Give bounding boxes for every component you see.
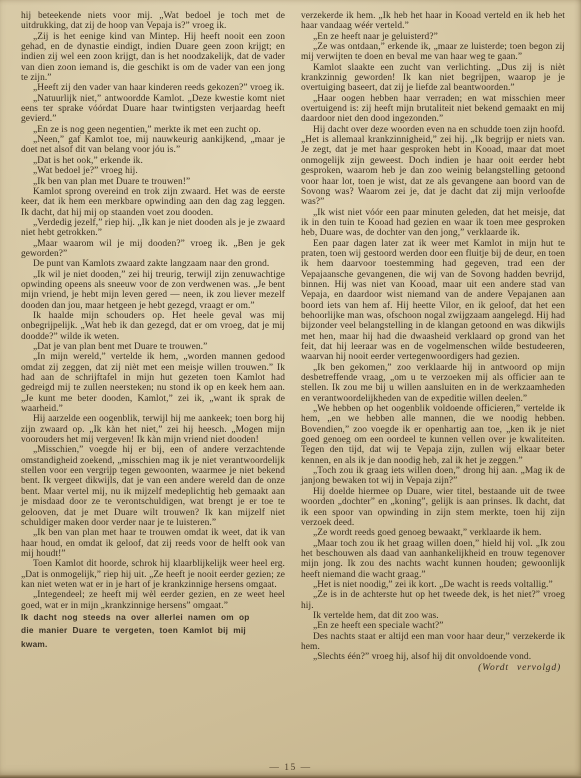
paragraph: „We hebben op het oogenblik voldoende of… xyxy=(301,404,565,466)
paragraph: Des nachts staat er altijd een man voor … xyxy=(301,632,565,653)
continuation-note: (Wordt vervolgd) xyxy=(301,663,565,673)
paragraph: „Dat is het ook,” erkende ik. xyxy=(21,156,285,166)
book-page: hij beteekende niets voor mij. „Wat bedo… xyxy=(0,0,581,778)
paragraph: „Haar oogen hebben haar verraden; en wat… xyxy=(301,94,565,125)
paragraph: „Ik ben van plan met haar te trouwen omd… xyxy=(21,528,285,559)
paragraph: „Ze wordt reeds goed genoeg bewaakt,” ve… xyxy=(301,528,565,538)
paragraph: „Neen,” gaf Kamlot toe, mij nauwkeurig a… xyxy=(21,135,285,156)
paragraph: „Integendeel; ze heeft mij wèl eerder ge… xyxy=(21,590,285,611)
paragraph: Kamlot sprong overeind en trok zijn zwaa… xyxy=(21,187,285,218)
paragraph: „Ik wist niet vóór een paar minuten gele… xyxy=(301,208,565,239)
paragraph: „In mijn wereld,” vertelde ik hem, „word… xyxy=(21,352,285,414)
paragraph: „En ze is nog geen negentien,” merkte ik… xyxy=(21,125,285,135)
paragraph: Ik haalde mijn schouders op. Het heele g… xyxy=(21,311,285,342)
paragraph: „Zij is het eenige kind van Mintep. Hij … xyxy=(21,32,285,84)
paragraph: „Toch zou ik graag iets willen doen,” dr… xyxy=(301,466,565,487)
paragraph: hij beteekende niets voor mij. „Wat bedo… xyxy=(21,11,285,32)
paragraph: „Maar toch zou ik het graag willen doen,… xyxy=(301,539,565,580)
paragraph: „Natuurlijk niet,” antwoordde Kamlot. „D… xyxy=(21,94,285,125)
paragraph: Hij dacht over deze woorden even na en s… xyxy=(301,125,565,208)
page-number: — 15 — xyxy=(0,763,581,773)
paragraph: verzekerde ik hem. „Ik heb het haar in K… xyxy=(301,11,565,32)
paragraph: „Ik ben gekomen,” zoo verklaarde hij in … xyxy=(301,363,565,404)
paragraph: „Ze is in de achterste hut op het tweede… xyxy=(301,590,565,611)
paragraph: „Maar waarom wil je mij dooden?” vroeg i… xyxy=(21,239,285,260)
paragraph: „Het is niet noodig,” zei ik kort. „De w… xyxy=(301,580,565,590)
paragraph: Hij aarzelde een oogenblik, terwijl hij … xyxy=(21,414,285,445)
photo-caption: Ik dacht nog steeds na over allerlei nam… xyxy=(21,611,261,652)
paragraph: „Misschien,” voegde hij er bij, een of a… xyxy=(21,445,285,528)
paragraph: „Ik ben van plan met Duare te trouwen!” xyxy=(21,177,285,187)
paragraph: De punt van Kamlots zwaard zakte langzaa… xyxy=(21,259,285,269)
left-column: hij beteekende niets voor mij. „Wat bedo… xyxy=(21,11,285,673)
paragraph: „Wat bedoel je?” vroeg hij. xyxy=(21,166,285,176)
paragraph: Een paar dagen later zat ik weer met Kam… xyxy=(301,239,565,363)
text-columns: hij beteekende niets voor mij. „Wat bedo… xyxy=(0,0,581,673)
paragraph: „Dat je van plan bent met Duare te trouw… xyxy=(21,342,285,352)
paragraph: „Ik wil je niet dooden,” zei hij treurig… xyxy=(21,270,285,311)
paragraph: „Verdedig jezelf,” riep hij. „Ik kan je … xyxy=(21,218,285,239)
paragraph: „En ze heeft een speciale wacht?” xyxy=(301,621,565,631)
paragraph: „Ze was ontdaan,” erkende ik, „maar ze l… xyxy=(301,42,565,63)
right-column: verzekerde ik hem. „Ik heb het haar in K… xyxy=(301,11,565,673)
paragraph: Kamlot slaakte een zucht van verlichting… xyxy=(301,63,565,94)
paragraph: Hij doelde hiermee op Duare, wier titel,… xyxy=(301,487,565,528)
paragraph: „En ze heeft naar je geluisterd?” xyxy=(301,32,565,42)
paragraph: Ik vertelde hem, dat dit zoo was. xyxy=(301,611,565,621)
paragraph: Toen Kamlot dit hoorde, schrok hij klaar… xyxy=(21,559,285,590)
paragraph: „Heeft zij den vader van haar kinderen r… xyxy=(21,83,285,93)
